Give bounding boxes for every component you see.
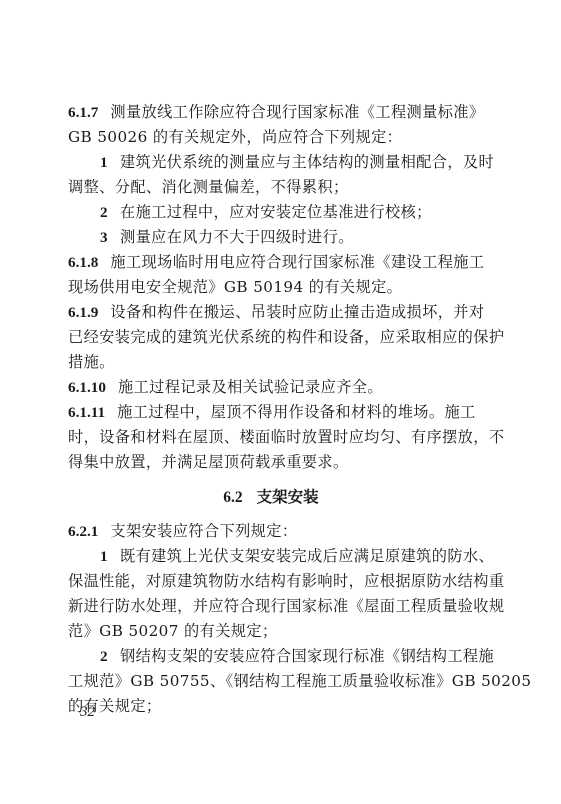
clause-number: 6.1.11	[68, 404, 105, 421]
clause-text: 施工过程中，屋顶不得用作设备和材料的堆场。施工	[117, 403, 476, 421]
section-heading: 6.2支架安装	[68, 475, 474, 519]
item-text: 测量应在风力不大于四级时进行。	[120, 228, 354, 246]
list-item-line: 1建筑光伏系统的测量应与主体结构的测量相配合，及时	[68, 150, 474, 175]
item-number: 1	[100, 548, 108, 565]
clause-line: 6.1.11施工过程中，屋顶不得用作设备和材料的堆场。施工	[68, 400, 474, 425]
clause-6-2-1: 6.2.1支架安装应符合下列规定： 1既有建筑上光伏支架安装完成后应满足原建筑的…	[68, 519, 474, 719]
clause-line: 措施。	[68, 350, 474, 375]
list-item-line: 新进行防水处理，并应符合现行国家标准《屋面工程质量验收规	[68, 594, 474, 619]
clause-6-1-8: 6.1.8施工现场临时用电应符合现行国家标准《建设工程施工 现场供用电安全规范》…	[68, 250, 474, 300]
clause-line: 现场供用电安全规范》GB 50194 的有关规定。	[68, 275, 474, 300]
clause-number: 6.1.7	[68, 104, 98, 121]
clause-line: 已经安装完成的建筑光伏系统的构件和设备，应采取相应的保护	[68, 325, 474, 350]
clause-text: 施工过程记录及相关试验记录应齐全。	[118, 378, 383, 396]
clause-line: 6.1.8施工现场临时用电应符合现行国家标准《建设工程施工	[68, 250, 474, 275]
item-text: 钢结构支架的安装应符合国家现行标准《钢结构工程施	[120, 647, 494, 665]
clause-number: 6.2.1	[68, 523, 98, 540]
list-item-line: 工规范》GB 50755、《钢结构工程施工质量验收标准》GB 50205	[68, 669, 474, 694]
list-item-line: 范》GB 50207 的有关规定；	[68, 619, 474, 644]
item-text: 既有建筑上光伏支架安装完成后应满足原建筑的防水、	[120, 547, 494, 565]
item-number: 1	[100, 154, 108, 171]
clause-line: 6.1.9设备和构件在搬运、吊装时应防止撞击造成损坏，并对	[68, 300, 474, 325]
list-item-line: 2钢结构支架的安装应符合国家现行标准《钢结构工程施	[68, 644, 474, 669]
list-item-line: 的有关规定；	[68, 694, 474, 719]
item-number: 2	[100, 648, 108, 665]
clause-6-1-11: 6.1.11施工过程中，屋顶不得用作设备和材料的堆场。施工 时，设备和材料在屋顶…	[68, 400, 474, 475]
clause-number: 6.1.8	[68, 254, 98, 271]
clause-line: GB 50026 的有关规定外，尚应符合下列规定：	[68, 125, 474, 150]
clause-text: 设备和构件在搬运、吊装时应防止撞击造成损坏，并对	[110, 303, 484, 321]
list-item-line: 保温性能，对原建筑物防水结构有影响时，应根据原防水结构重	[68, 569, 474, 594]
clause-6-1-7: 6.1.7测量放线工作除应符合现行国家标准《工程测量标准》 GB 50026 的…	[68, 100, 474, 250]
item-text: 在施工过程中，应对安装定位基准进行校核；	[120, 203, 432, 221]
clause-line: 6.2.1支架安装应符合下列规定：	[68, 519, 474, 544]
clause-6-1-10: 6.1.10施工过程记录及相关试验记录应齐全。	[68, 375, 474, 400]
item-text: 建筑光伏系统的测量应与主体结构的测量相配合，及时	[120, 153, 494, 171]
clause-text: 施工现场临时用电应符合现行国家标准《建设工程施工	[110, 253, 484, 271]
document-page: 6.1.7测量放线工作除应符合现行国家标准《工程测量标准》 GB 50026 的…	[68, 100, 474, 719]
clause-number: 6.1.9	[68, 304, 98, 321]
section-number: 6.2	[223, 489, 242, 506]
clause-number: 6.1.10	[68, 379, 106, 396]
clause-line: 6.1.10施工过程记录及相关试验记录应齐全。	[68, 375, 474, 400]
list-item-line: 2在施工过程中，应对安装定位基准进行校核；	[68, 200, 474, 225]
page-number: 32	[80, 704, 95, 721]
clause-line: 时，设备和材料在屋顶、楼面临时放置时应均匀、有序摆放，不	[68, 425, 474, 450]
list-item-line: 3测量应在风力不大于四级时进行。	[68, 225, 474, 250]
clause-text: 测量放线工作除应符合现行国家标准《工程测量标准》	[110, 103, 484, 121]
list-item-line: 调整、分配、消化测量偏差，不得累积；	[68, 175, 474, 200]
clause-6-1-9: 6.1.9设备和构件在搬运、吊装时应防止撞击造成损坏，并对 已经安装完成的建筑光…	[68, 300, 474, 375]
item-number: 2	[100, 204, 108, 221]
clause-line: 得集中放置，并满足屋顶荷载承重要求。	[68, 450, 474, 475]
clause-text: 支架安装应符合下列规定：	[110, 522, 297, 540]
section-title-text: 支架安装	[257, 487, 319, 506]
list-item-line: 1既有建筑上光伏支架安装完成后应满足原建筑的防水、	[68, 544, 474, 569]
clause-line: 6.1.7测量放线工作除应符合现行国家标准《工程测量标准》	[68, 100, 474, 125]
item-number: 3	[100, 229, 108, 246]
